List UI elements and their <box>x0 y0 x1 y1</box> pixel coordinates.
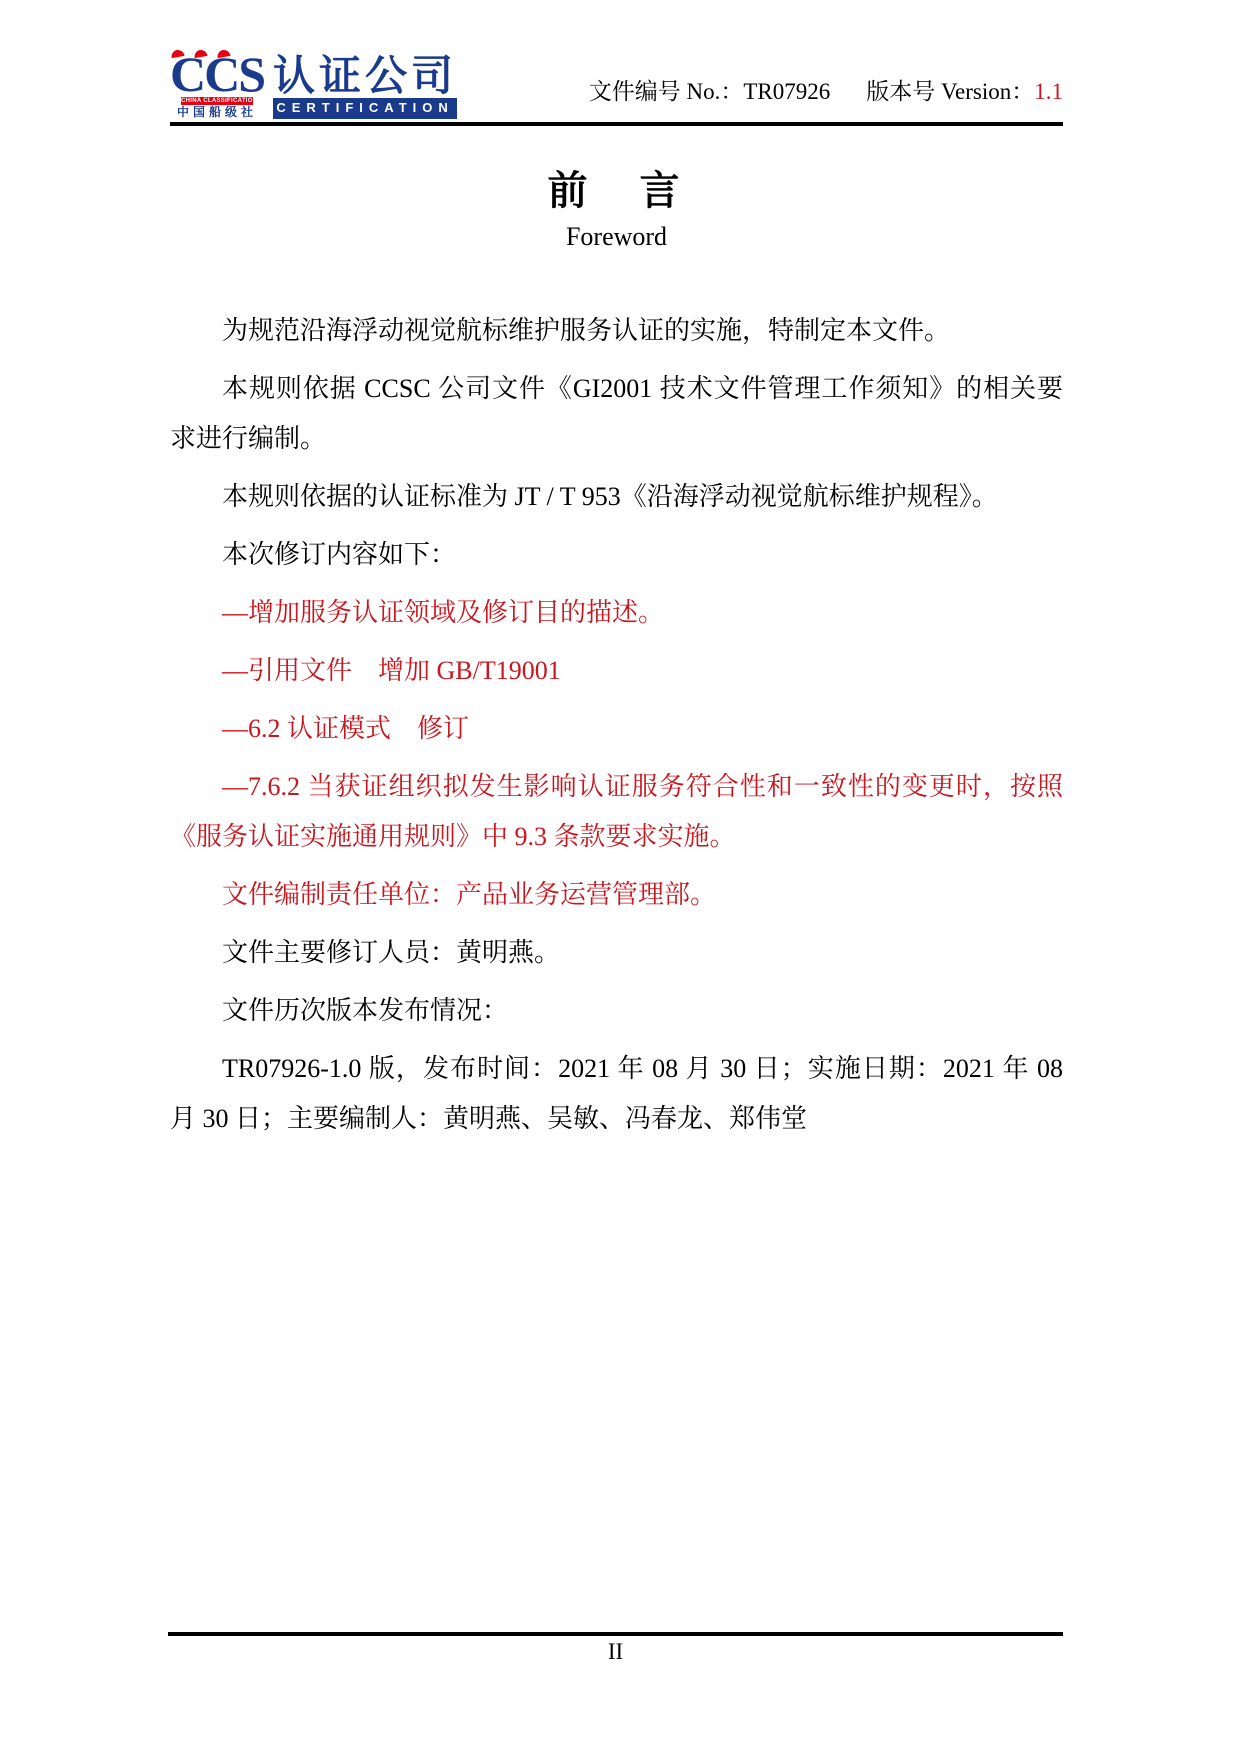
ccs-logo-left: CCS CHINA CLASSIFICATION SOCIETY 中国船级社 <box>170 53 264 119</box>
page-header: CCS CHINA CLASSIFICATION SOCIETY 中国船级社 认… <box>170 0 1063 126</box>
paragraph: 文件主要修订人员：黄明燕。 <box>170 928 1063 978</box>
page-title: 前 言 <box>170 168 1063 214</box>
paragraph: —6.2 认证模式 修订 <box>170 704 1063 754</box>
ccs-acronym: CCS <box>170 53 264 95</box>
certification-banner: CERTIFICATION <box>273 98 457 119</box>
paragraph: 本规则依据 CCSC 公司文件《GI2001 技术文件管理工作须知》的相关要求进… <box>170 364 1063 464</box>
foreword-body: 为规范沿海浮动视觉航标维护服务认证的实施，特制定本文件。 本规则依据 CCSC … <box>170 306 1063 1144</box>
paragraph: 本次修订内容如下： <box>170 530 1063 580</box>
page-subtitle: Foreword <box>170 220 1063 254</box>
paragraph: TR07926-1.0 版，发布时间：2021 年 08 月 30 日；实施日期… <box>170 1044 1063 1144</box>
ccs-logo-right: 认证公司 CERTIFICATION <box>273 56 457 119</box>
page-content: 前 言 Foreword 为规范沿海浮动视觉航标维护服务认证的实施，特制定本文件… <box>170 126 1063 1152</box>
company-cn-label: 认证公司 <box>273 56 457 96</box>
paragraph: 为规范沿海浮动视觉航标维护服务认证的实施，特制定本文件。 <box>170 306 1063 356</box>
document-page: CCS CHINA CLASSIFICATION SOCIETY 中国船级社 认… <box>0 0 1233 1743</box>
page-footer: II <box>168 1632 1063 1666</box>
version-value: 1.1 <box>1034 79 1063 104</box>
society-cn-label: 中国船级社 <box>177 106 257 119</box>
page-number: II <box>168 1638 1063 1666</box>
paragraph: —7.6.2 当获证组织拟发生影响认证服务符合性和一致性的变更时，按照《服务认证… <box>170 762 1063 862</box>
paragraph: —增加服务认证领域及修订目的描述。 <box>170 588 1063 638</box>
doc-no-label: 文件编号 No.： <box>589 79 744 104</box>
paragraph: 本规则依据的认证标准为 JT / T 953《沿海浮动视觉航标维护规程》。 <box>170 472 1063 522</box>
paragraph: 文件编制责任单位：产品业务运营管理部。 <box>170 870 1063 920</box>
doc-no-value: TR07926 <box>743 79 830 104</box>
paragraph: —引用文件 增加 GB/T19001 <box>170 646 1063 696</box>
version-label: 版本号 Version： <box>866 79 1034 104</box>
ccs-logo: CCS CHINA CLASSIFICATION SOCIETY 中国船级社 认… <box>170 53 457 122</box>
paragraph: 文件历次版本发布情况： <box>170 986 1063 1036</box>
header-meta: 文件编号 No.：TR07926版本号 Version：1.1 <box>589 79 1063 122</box>
